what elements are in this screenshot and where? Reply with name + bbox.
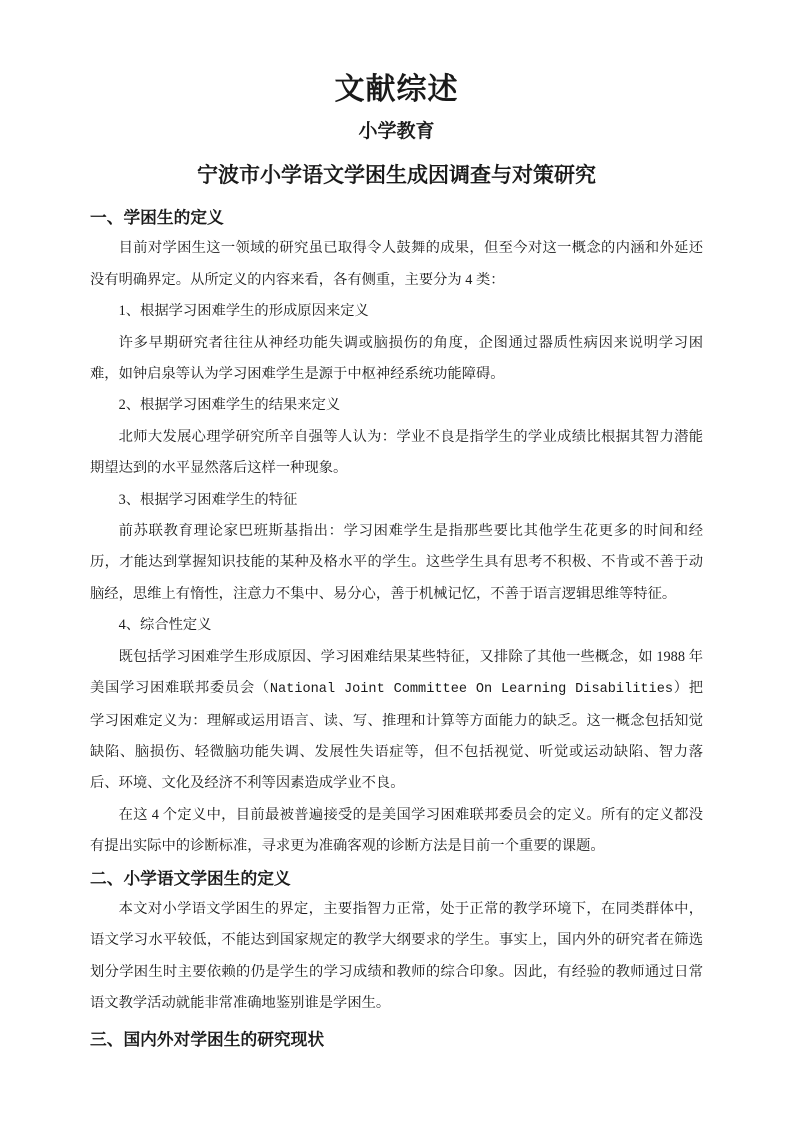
paragraph: 前苏联教育理论家巴班斯基指出：学习困难学生是指那些要比其他学生花更多的时间和经历… bbox=[90, 516, 703, 610]
paragraph: 目前对学困生这一领域的研究虽已取得令人鼓舞的成果，但至今对这一概念的内涵和外延还… bbox=[90, 233, 703, 296]
page-title: 文献综述 bbox=[90, 70, 703, 110]
section-3-heading: 三、国内外对学困生的研究现状 bbox=[90, 1024, 703, 1055]
numbered-item-1: 1、根据学习困难学生的形成原因来定义 bbox=[90, 296, 703, 327]
section-1-heading: 一、学困生的定义 bbox=[90, 202, 703, 233]
english-term: National Joint Committee On Learning Dis… bbox=[270, 682, 673, 697]
document-subject-title: 宁波市小学语文学困生成因调查与对策研究 bbox=[90, 160, 703, 190]
page-subtitle: 小学教育 bbox=[90, 118, 703, 146]
paragraph: 北师大发展心理学研究所辛自强等人认为：学业不良是指学生的学业成绩比根据其智力潜能… bbox=[90, 422, 703, 485]
paragraph: 本文对小学语文学困生的界定，主要指智力正常，处于正常的教学环境下，在同类群体中，… bbox=[90, 894, 703, 1020]
numbered-item-3: 3、根据学习困难学生的特征 bbox=[90, 485, 703, 516]
document-page: 文献综述 小学教育 宁波市小学语文学困生成因调查与对策研究 一、学困生的定义 目… bbox=[0, 0, 793, 1122]
paragraph-with-english: 既包括学习困难学生形成原因、学习困难结果某些特征，又排除了其他一些概念，如 19… bbox=[90, 642, 703, 800]
paragraph: 许多早期研究者往往从神经功能失调或脑损伤的角度，企图通过器质性病因来说明学习困难… bbox=[90, 328, 703, 391]
numbered-item-4: 4、综合性定义 bbox=[90, 610, 703, 641]
document-body: 一、学困生的定义 目前对学困生这一领域的研究虽已取得令人鼓舞的成果，但至今对这一… bbox=[90, 202, 703, 1055]
section-2-heading: 二、小学语文学困生的定义 bbox=[90, 863, 703, 894]
numbered-item-2: 2、根据学习困难学生的结果来定义 bbox=[90, 390, 703, 421]
paragraph: 在这 4 个定义中，目前最被普遍接受的是美国学习困难联邦委员会的定义。所有的定义… bbox=[90, 800, 703, 863]
